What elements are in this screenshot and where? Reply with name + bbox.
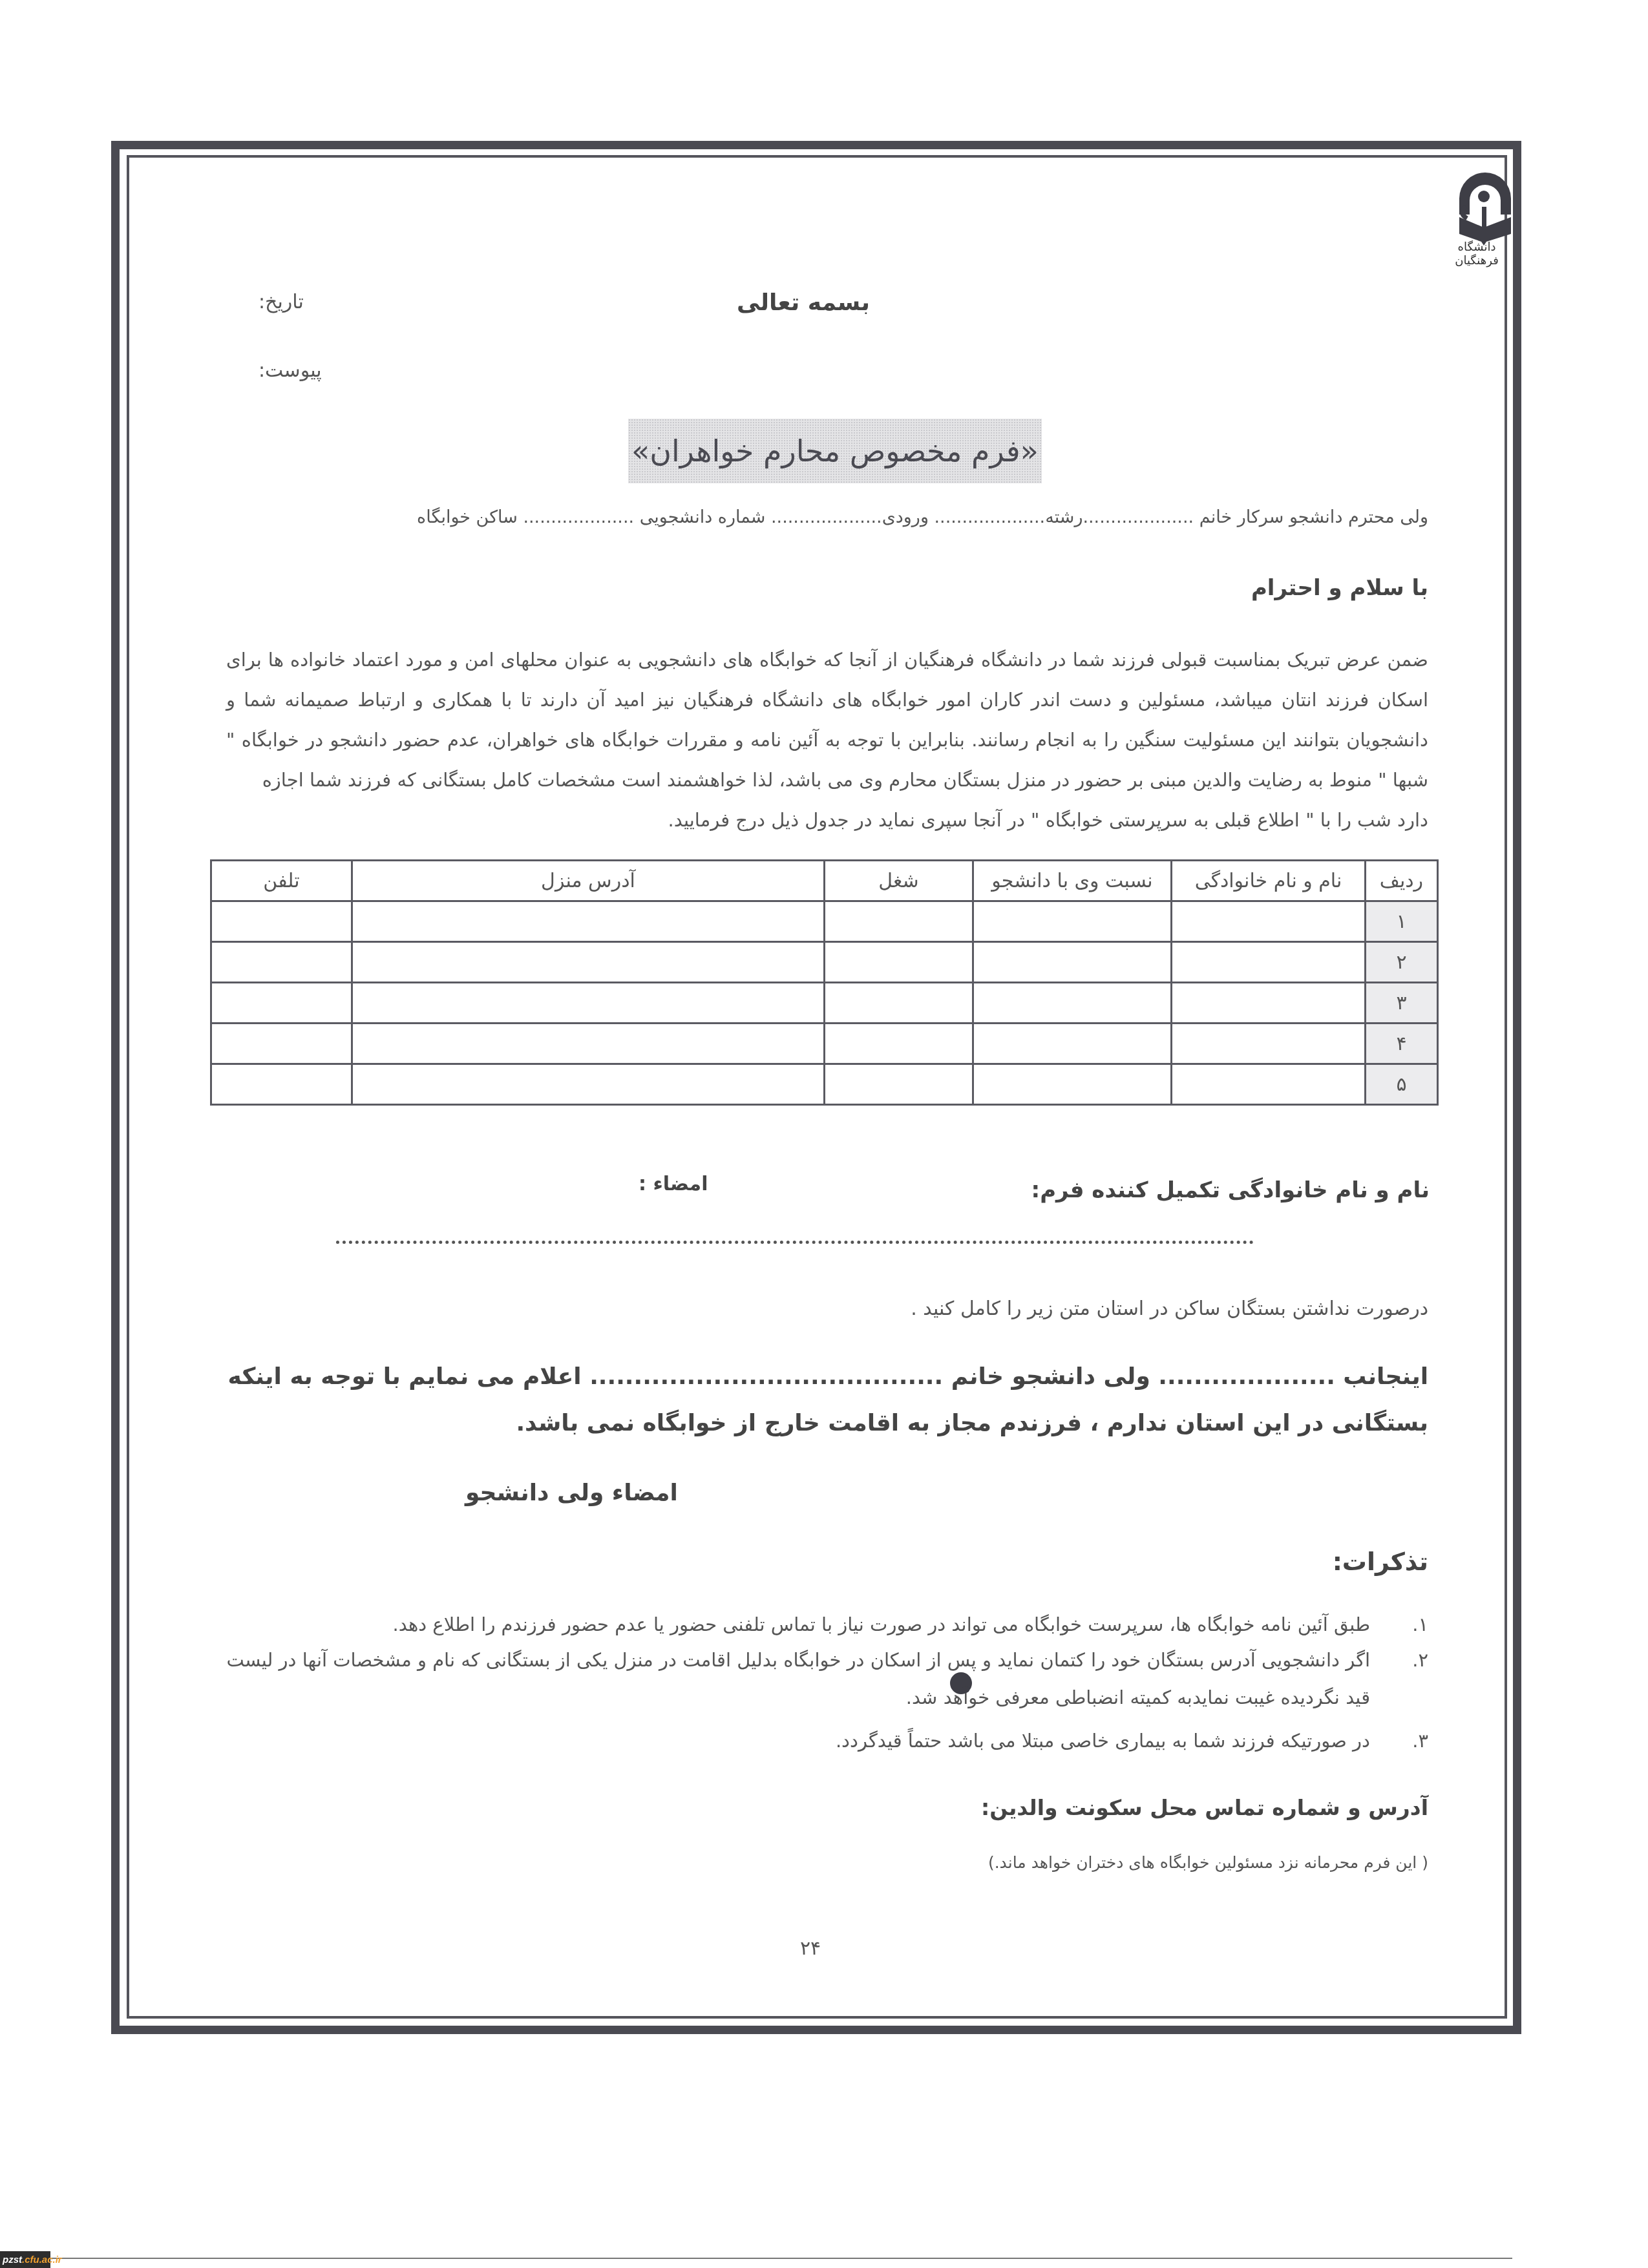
greeting: با سلام و احترام <box>1251 575 1428 601</box>
address-cell[interactable] <box>352 1064 825 1105</box>
attachment-label: پیوست: <box>259 359 322 382</box>
notes-title: تذکرات: <box>1333 1548 1428 1576</box>
paragraph-line: دارد شب را با " اطلاع قبلی به سرپرستی خو… <box>226 800 1428 840</box>
job-cell[interactable] <box>825 983 973 1024</box>
address-cell[interactable] <box>352 983 825 1024</box>
note-number: ۱. <box>1412 1606 1428 1643</box>
address-cell[interactable] <box>352 942 825 983</box>
job-cell[interactable] <box>825 942 973 983</box>
relation-cell[interactable] <box>973 901 1172 942</box>
row-index: ۳ <box>1366 983 1438 1024</box>
address-cell[interactable] <box>352 1024 825 1064</box>
ink-smudge <box>962 1686 969 1693</box>
phone-cell[interactable] <box>211 901 352 942</box>
declaration-line-2: بستگانی در این استان ندارم ، فرزندم مجاز… <box>516 1410 1428 1436</box>
phone-cell[interactable] <box>211 983 352 1024</box>
phone-cell[interactable] <box>211 1024 352 1064</box>
row-index: ۴ <box>1366 1024 1438 1064</box>
phone-cell[interactable] <box>211 942 352 983</box>
name-cell[interactable] <box>1172 983 1366 1024</box>
job-cell[interactable] <box>825 1064 973 1105</box>
basmala-heading: بسمه تعالی <box>737 289 870 316</box>
paragraph-line: دانشجویان بتوانند این مسئولیت سنگین را ب… <box>242 729 1428 751</box>
table-row: ۵ <box>211 1064 1438 1105</box>
relation-cell[interactable] <box>973 1024 1172 1064</box>
col-header-relation: نسبت وی با دانشجو <box>973 861 1172 901</box>
col-header-phone: تلفن <box>211 861 352 901</box>
guardian-signature-label: امضاء ولی دانشجو <box>465 1480 678 1506</box>
table-row: ۴ <box>211 1024 1438 1064</box>
table-row: ۲ <box>211 942 1438 983</box>
note-item: ۲. اگر دانشجویی آدرس بستگان خود را کتمان… <box>226 1641 1428 1716</box>
col-header-address: آدرس منزل <box>352 861 825 901</box>
conditional-note: درصورت نداشتن بستگان ساکن در استان متن ز… <box>911 1297 1428 1320</box>
row-index: ۲ <box>1366 942 1438 983</box>
form-title: «فرم مخصوص محارم خواهران» <box>628 419 1042 483</box>
col-header-name: نام و نام خانوادگی <box>1172 861 1366 901</box>
row-index: ۵ <box>1366 1064 1438 1105</box>
site-watermark: pzst.cfu.ac.ir <box>0 2251 50 2268</box>
relation-cell[interactable] <box>973 942 1172 983</box>
relatives-table: ردیف نام و نام خانوادگی نسبت وی با دانشج… <box>210 859 1439 1106</box>
note-text: اگر دانشجویی آدرس بستگان خود را کتمان نم… <box>226 1641 1370 1716</box>
name-cell[interactable] <box>1172 1064 1366 1105</box>
parents-address-label: آدرس و شماره تماس محل سکونت والدین: <box>981 1795 1428 1820</box>
job-cell[interactable] <box>825 901 973 942</box>
note-item: ۳. در صورتیکه فرزند شما به بیماری خاصی م… <box>226 1722 1428 1759</box>
relation-cell[interactable] <box>973 1064 1172 1105</box>
note-number: ۲. <box>1412 1641 1428 1679</box>
table-row: ۱ <box>211 901 1438 942</box>
note-text: طبق آئین نامه خوابگاه ها، سرپرست خوابگاه… <box>226 1606 1370 1643</box>
note-item: ۱. طبق آئین نامه خوابگاه ها، سرپرست خواب… <box>226 1606 1428 1643</box>
paragraph-line: ضمن عرض تبریک بمناسبت قبولی فرزند شما در… <box>268 649 1428 671</box>
scan-edge-line <box>45 2258 1512 2259</box>
note-text: در صورتیکه فرزند شما به بیماری خاصی مبتل… <box>226 1722 1370 1759</box>
name-cell[interactable] <box>1172 901 1366 942</box>
declaration-line-1: اینجانب .................... ولی دانشجو … <box>284 1363 1428 1390</box>
logo-caption: دانشگاه فرهنگیان <box>1435 240 1519 268</box>
filler-signature-label: امضاء : <box>639 1173 708 1195</box>
filler-dotted-line[interactable] <box>336 1241 1254 1244</box>
intro-paragraph: ضمن عرض تبریک بمناسبت قبولی فرزند شما در… <box>226 640 1428 840</box>
col-header-index: ردیف <box>1366 861 1438 901</box>
watermark-domain: .cfu.ac.ir <box>22 2254 62 2265</box>
confidential-note: ( این فرم محرمانه نزد مسئولین خوابگاه ها… <box>988 1853 1428 1872</box>
phone-cell[interactable] <box>211 1064 352 1105</box>
col-header-job: شغل <box>825 861 973 901</box>
note-number: ۳. <box>1412 1722 1428 1759</box>
name-cell[interactable] <box>1172 1024 1366 1064</box>
relation-cell[interactable] <box>973 983 1172 1024</box>
table-header-row: ردیف نام و نام خانوادگی نسبت وی با دانشج… <box>211 861 1438 901</box>
filler-name-label: نام و نام خانوادگی تکمیل کننده فرم: <box>1031 1177 1430 1203</box>
page-number: ۲۴ <box>800 1937 821 1960</box>
row-index: ۱ <box>1366 901 1438 942</box>
date-label: تاریخ: <box>259 291 304 313</box>
name-cell[interactable] <box>1172 942 1366 983</box>
watermark-prefix: pzst <box>3 2254 22 2265</box>
job-cell[interactable] <box>825 1024 973 1064</box>
address-cell[interactable] <box>352 901 825 942</box>
table-row: ۳ <box>211 983 1438 1024</box>
guardian-intro-line: ولی محترم دانشجو سرکار خانم ............… <box>239 507 1428 527</box>
